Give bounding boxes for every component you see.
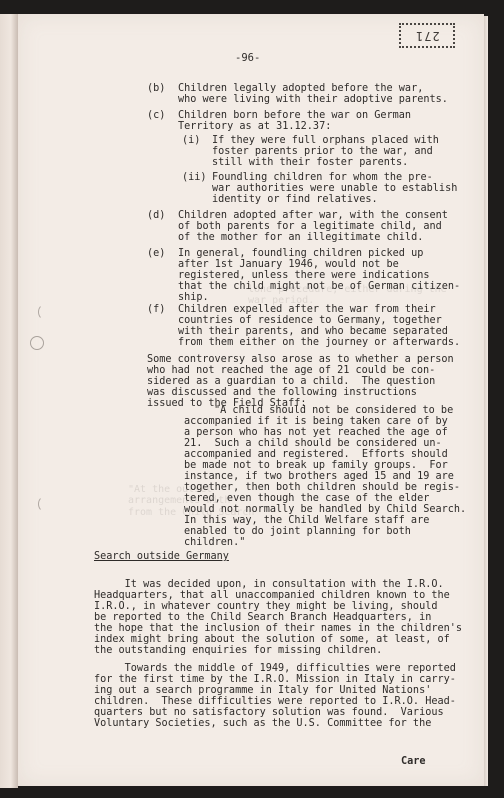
list-item-line: Children expelled after the war from the… bbox=[178, 304, 436, 315]
list-marker: (c) bbox=[147, 110, 165, 121]
list-item-line: Children legally adopted before the war, bbox=[178, 83, 423, 94]
paragraph-line: sidered as a guardian to a child. The qu… bbox=[147, 376, 435, 387]
quote-line: instance, if two brothers aged 15 and 19… bbox=[184, 471, 454, 482]
paragraph-line: Some controversy also arose as to whethe… bbox=[147, 354, 454, 365]
list-item-line: Children born before the war on German bbox=[178, 110, 411, 121]
sublist-item-line: Foundling children for whom the pre- bbox=[212, 172, 433, 183]
catchword: Care bbox=[401, 756, 426, 767]
paragraph-line: be reported to the Child Search Branch H… bbox=[94, 612, 431, 623]
paragraph-line: quarters but no satisfactory solution wa… bbox=[94, 707, 444, 718]
list-item-line: Territory as at 31.12.37: bbox=[178, 121, 331, 132]
list-item-line: after 1st January 1946, would not be bbox=[178, 259, 399, 270]
sublist-marker: (ii) bbox=[182, 172, 207, 183]
quote-line: In this way, the Child Welfare staff are bbox=[184, 515, 429, 526]
paragraph-line: was discussed and the following instruct… bbox=[147, 387, 417, 398]
quote-line: a person who has not yet reached the age… bbox=[184, 427, 448, 438]
punch-hole-icon bbox=[30, 336, 44, 350]
stamp-number: 271 bbox=[415, 29, 440, 43]
paragraph-line: index might bring about the solution of … bbox=[94, 634, 450, 645]
punch-hole-mark-icon bbox=[38, 496, 52, 512]
list-marker: (f) bbox=[147, 304, 165, 315]
paragraph-line: Towards the middle of 1949, difficulties… bbox=[94, 663, 456, 674]
sublist-item-line: war authorities were unable to establish bbox=[212, 183, 457, 194]
sublist-marker: (i) bbox=[182, 135, 200, 146]
list-item-line: from them either on the journey or after… bbox=[178, 337, 460, 348]
quote-line: "A child should not be considered to be bbox=[214, 405, 453, 416]
list-item-line: Children adopted after war, with the con… bbox=[178, 210, 448, 221]
quote-line: tered, even though the case of the elder bbox=[184, 493, 429, 504]
page-number: -96- bbox=[235, 52, 260, 64]
paragraph-line: children. These difficulties were report… bbox=[94, 696, 456, 707]
list-marker: (d) bbox=[147, 210, 165, 221]
quote-line: accompanied if it is being taken care of… bbox=[184, 416, 448, 427]
paragraph-line: I.R.O., in whatever country they might b… bbox=[94, 601, 437, 612]
paragraph-line: the outstanding enquiries for missing ch… bbox=[94, 645, 382, 656]
paragraph-line: the hope that the inclusion of their nam… bbox=[94, 623, 462, 634]
paragraph-line: who had not reached the age of 21 could … bbox=[147, 365, 435, 376]
paragraph-line: It was decided upon, in consultation wit… bbox=[94, 579, 444, 590]
paragraph-line: Voluntary Societies, such as the U.S. Co… bbox=[94, 718, 431, 729]
list-item-line: who were living with their adoptive pare… bbox=[178, 94, 448, 105]
list-item-line: In general, foundling children picked up bbox=[178, 248, 423, 259]
paragraph-line: Headquarters, that all unaccompanied chi… bbox=[94, 590, 450, 601]
list-item-line: ship. bbox=[178, 292, 209, 303]
archive-stamp: 271 bbox=[399, 23, 455, 48]
list-marker: (b) bbox=[147, 83, 165, 94]
sublist-item-line: If they were full orphans placed with bbox=[212, 135, 439, 146]
page-edge bbox=[484, 16, 488, 786]
sublist-item-line: foster parents prior to the war, and bbox=[212, 146, 433, 157]
list-item-line: registered, unless there were indication… bbox=[178, 270, 429, 281]
list-item-line: with their parents, and who became separ… bbox=[178, 326, 448, 337]
paragraph-line: ing out a search programme in Italy for … bbox=[94, 685, 431, 696]
sublist-item-line: still with their foster parents. bbox=[212, 157, 408, 168]
list-item-line: that the child might not be of German ci… bbox=[178, 281, 460, 292]
list-item-line: of both parents for a legitimate child, … bbox=[178, 221, 442, 232]
punch-hole-mark-icon bbox=[38, 304, 52, 320]
list-marker: (e) bbox=[147, 248, 165, 259]
scanned-document-viewer: lone procedure, either during the war pe… bbox=[0, 0, 504, 798]
quote-line: enabled to do joint planning for both bbox=[184, 526, 411, 537]
quote-line: together, then both children should be r… bbox=[184, 482, 460, 493]
section-heading: Search outside Germany bbox=[94, 551, 229, 562]
left-binding-edge bbox=[0, 14, 18, 788]
list-item-line: of the mother for an illegitimate child. bbox=[178, 232, 423, 243]
list-item-line: countries of residence to Germany, toget… bbox=[178, 315, 442, 326]
quote-line: accompanied and registered. Efforts shou… bbox=[184, 449, 448, 460]
paragraph-line: for the first time by the I.R.O. Mission… bbox=[94, 674, 456, 685]
quote-line: be made not to break up family groups. F… bbox=[184, 460, 448, 471]
quote-line: 21. Such a child should be considered un… bbox=[184, 438, 442, 449]
quote-line: would not normally be handled by Child S… bbox=[184, 504, 466, 515]
quote-line: children." bbox=[184, 537, 245, 548]
sublist-item-line: identity or find relatives. bbox=[212, 194, 378, 205]
